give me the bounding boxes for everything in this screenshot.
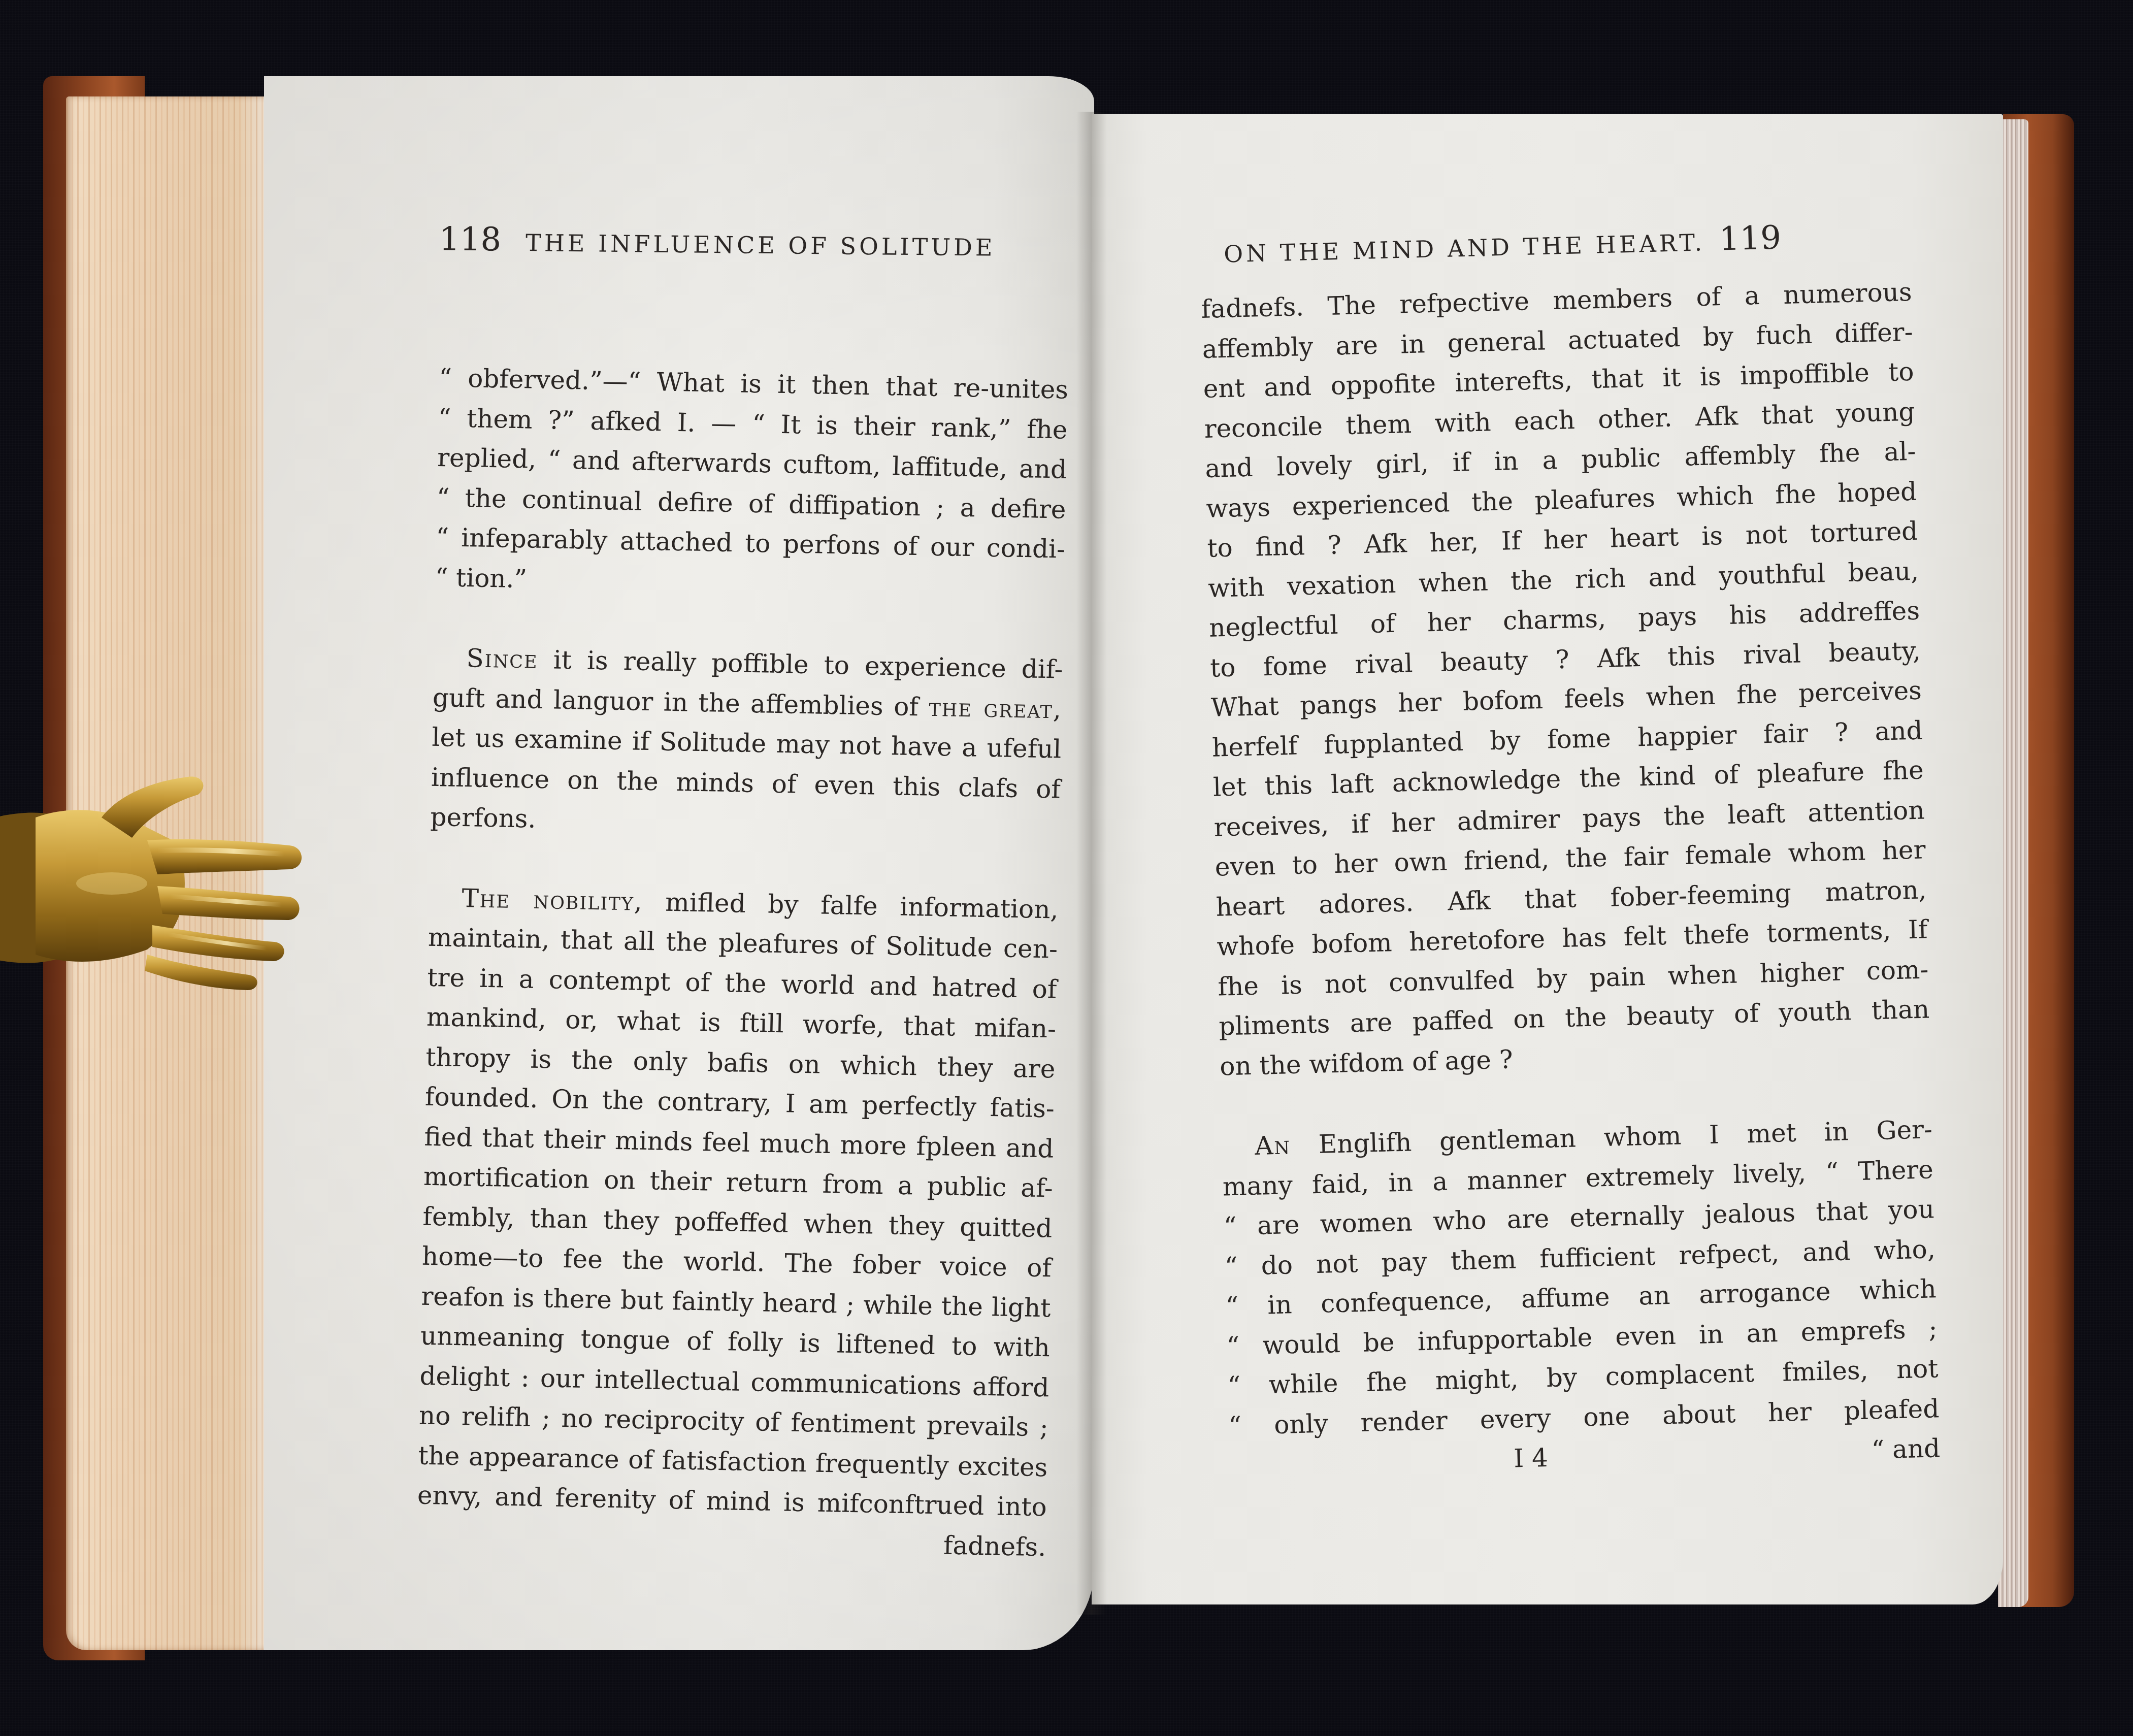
small-caps-phrase: the great, (929, 692, 1063, 724)
left-page: 118THE INFLUENCE OF SOLITUDE “ obferved.… (264, 76, 1094, 1650)
catchword: “ and (1871, 1428, 1941, 1470)
page-number-left: 118 (439, 220, 502, 258)
running-head-left: 118THE INFLUENCE OF SOLITUDE (439, 220, 996, 264)
paragraph-lead-small-caps: The nobility, (462, 883, 643, 916)
page-number-right: 119 (1719, 219, 1782, 258)
right-page-text: fadnefs. The refpective members of a num… (1201, 272, 1941, 1486)
paragraph-lead-small-caps: An (1255, 1130, 1291, 1161)
right-page: ON THE MIND AND THE HEART.119 fadnefs. T… (1092, 114, 2003, 1604)
paragraph-lead-small-caps: Since (466, 643, 538, 674)
brass-hand-clip-icon (0, 741, 320, 1005)
left-page-text: “ obferved.”—“ What is it then that re-u… (416, 358, 1069, 1567)
signature-mark: I 4 (1513, 1438, 1548, 1479)
running-head-right: ON THE MIND AND THE HEART.119 (1223, 219, 1782, 271)
running-head-right-title: ON THE MIND AND THE HEART. (1224, 228, 1705, 268)
running-head-left-title: THE INFLUENCE OF SOLITUDE (526, 229, 996, 261)
